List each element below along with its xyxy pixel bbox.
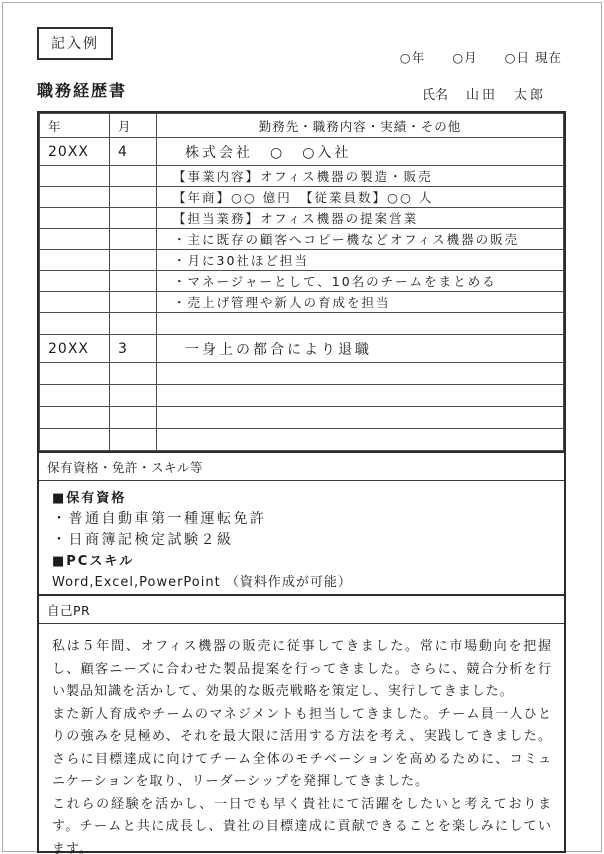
column-header-month: 月 [110,114,157,138]
skills-section-header: 保有資格・免許・スキル等 [39,451,564,481]
self-pr-paragraph: また新人育成やチームのマネジメントも担当してきました。チーム員一人ひとりの強みを… [52,704,552,794]
month-cell [110,407,157,429]
year-cell [40,208,110,229]
work-table-header-row: 年 月 勤務先・職務内容・実績・その他 [40,114,564,138]
table-row [40,363,564,385]
table-row: ・月に30社ほど担当 [40,250,564,271]
skills-content: ■保有資格 ・普通自動車第一種運転免許 ・日商簿記検定試験２級 ■PCスキル W… [39,481,564,594]
self-pr-paragraph: これらの経験を活かし、一日でも早く貴社にて活躍をしたいと考えております。チームと… [52,794,552,854]
month-cell [110,250,157,271]
year-cell [40,407,110,429]
year-cell [40,166,110,187]
month-cell [110,229,157,250]
month-cell [110,166,157,187]
year-cell [40,250,110,271]
details-cell: 【担当業務】オフィス機器の提案営業 [157,208,564,229]
month-cell: 4 [110,138,157,166]
month-cell: 3 [110,335,157,363]
details-cell [157,429,564,451]
year-cell: 20XX [40,138,110,166]
resume-document-page: 記入例 ○年 ○月 ○日 現在 職務経歴書 氏名 山田 太郎 年 月 勤務先・職… [0,0,604,854]
current-date: ○年 ○月 ○日 現在 [400,48,562,66]
table-row: 【事業内容】オフィス機器の製造・販売 [40,166,564,187]
year-cell [40,229,110,250]
name-line: 氏名 山田 太郎 [422,84,546,103]
skills-line: Word,Excel,PowerPoint （資料作成が可能） [52,572,554,593]
year-cell [40,363,110,385]
year-cell [40,271,110,292]
document-title: 職務経歴書 [37,78,127,101]
self-pr-content: 私は５年間、オフィス機器の販売に従事してきました。常に市場動向を把握し、顧客ニー… [39,624,564,851]
table-row: 20XX 3 一身上の都合により退職 [40,335,564,363]
skills-line: ■PCスキル [52,551,554,572]
month-cell [110,271,157,292]
details-cell: ・主に既存の顧客へコピー機などオフィス機器の販売 [157,229,564,250]
year-cell [40,292,110,313]
resume-sheet: 年 月 勤務先・職務内容・実績・その他 20XX 4 株式会社 ○ ○入社 [37,111,566,853]
table-row: 【年商】○○ 億円 【従業員数】○○ 人 [40,187,564,208]
name-label: 氏名 [422,84,448,103]
self-pr-paragraph: 私は５年間、オフィス機器の販売に従事してきました。常に市場動向を把握し、顧客ニー… [52,636,552,704]
year-cell: 20XX [40,335,110,363]
pr-section-header: 自己PR [39,594,564,624]
skills-line: ・日商簿記検定試験２級 [52,530,554,551]
details-cell: ・マネージャーとして、10名のチームをまとめる [157,271,564,292]
table-row: ・売上げ管理や新人の育成を担当 [40,292,564,313]
month-cell [110,208,157,229]
details-cell: 一身上の都合により退職 [157,335,564,363]
table-row: 20XX 4 株式会社 ○ ○入社 [40,138,564,166]
month-cell [110,292,157,313]
month-cell [110,385,157,407]
table-row [40,429,564,451]
year-cell [40,385,110,407]
year-cell [40,187,110,208]
month-cell [110,187,157,208]
table-row: 【担当業務】オフィス機器の提案営業 [40,208,564,229]
table-row [40,385,564,407]
year-cell [40,429,110,451]
example-badge-label: 記入例 [51,36,99,52]
details-cell: 【事業内容】オフィス機器の製造・販売 [157,166,564,187]
table-row: ・主に既存の顧客へコピー機などオフィス機器の販売 [40,229,564,250]
details-cell: 株式会社 ○ ○入社 [157,138,564,166]
table-row [40,407,564,429]
details-cell: ・売上げ管理や新人の育成を担当 [157,292,564,313]
details-cell [157,407,564,429]
year-cell [40,313,110,335]
column-header-details: 勤務先・職務内容・実績・その他 [157,114,564,138]
details-cell [157,313,564,335]
details-cell [157,363,564,385]
skills-line: ・普通自動車第一種運転免許 [52,509,554,530]
skills-line: ■保有資格 [52,488,554,509]
work-history-table: 年 月 勤務先・職務内容・実績・その他 20XX 4 株式会社 ○ ○入社 [39,113,564,451]
month-cell [110,313,157,335]
month-cell [110,363,157,385]
details-cell: ・月に30社ほど担当 [157,250,564,271]
table-row: ・マネージャーとして、10名のチームをまとめる [40,271,564,292]
name-value: 山田 太郎 [466,84,546,103]
table-row [40,313,564,335]
month-cell [110,429,157,451]
column-header-year: 年 [40,114,110,138]
details-cell: 【年商】○○ 億円 【従業員数】○○ 人 [157,187,564,208]
details-cell [157,385,564,407]
example-badge: 記入例 [37,27,113,60]
